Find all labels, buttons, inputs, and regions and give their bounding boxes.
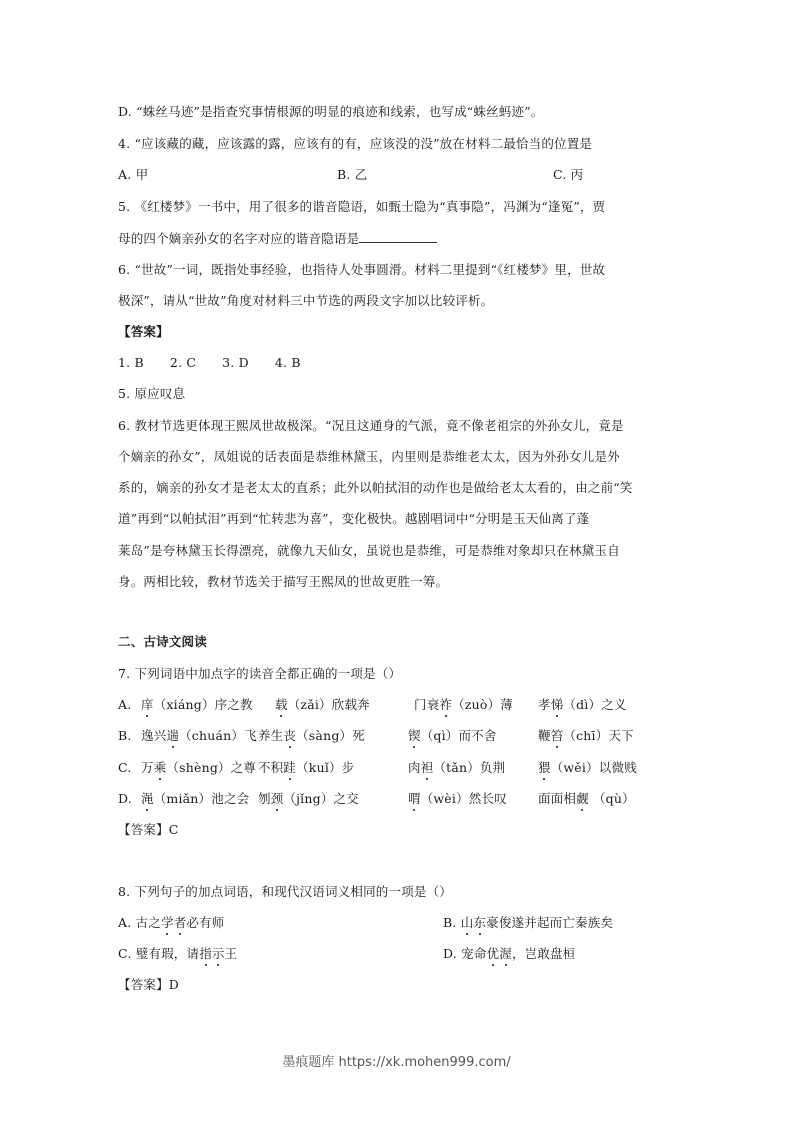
answer-6-line6: 身。两相比较，教材节选关于描写王熙凤的世故更胜一筹。 [118,574,448,590]
q7b-item3: 锲（qì）而不舍 [408,728,497,744]
q7a-item4: 孝悌（dì）之义 [538,697,627,713]
q3-option-d: D. “蛛丝马迹”是指查究事情根源的明显的痕迹和线索，也写成“蛛丝蚂迹”。 [118,104,544,120]
option-label: A. [118,697,131,712]
q5-line1: 5. 《红楼梦》一书中，用了很多的谐音隐语，如甄士隐为“真事隐”，冯渊为“逢冤”… [118,199,605,215]
mc-answers: 1. B2. C3. D4. B [118,355,301,371]
answer-2: 2. C [170,355,196,370]
q7c-item1: 万乘（shèng）之尊 [141,760,256,776]
q7c-item4: 猥（wěi）以微贱 [538,760,637,776]
q7-option-a: A. 庠（xiáng）序之教 载（zǎi）欣载奔 门衰祚（zuò）薄 孝悌（dì… [118,697,131,713]
q7-option-d: D. 渑（miǎn）池之会 刎颈（jǐng）之交 喟（wèi）然长叹 面面相觑 … [118,791,132,807]
q8-option-c: C. 璧有瑕，请指示王 [118,946,237,962]
answer-4: 4. B [275,355,301,370]
q7d-item4: 面面相觑 （qù） [538,791,635,807]
q5-line2: 母的四个嫡亲孙女的名字对应的谐音隐语是 [118,230,437,247]
q8-option-a: A. 古之学者必有师 [118,915,225,931]
answer-blank [359,230,437,243]
q7c-item2: 不积跬（kuǐ）步 [258,760,354,776]
q7c-item3: 肉袒（tǎn）负荆 [408,760,505,776]
answer-6-line5: 莱岛”是夸林黛玉长得漂亮，就像九天仙女，虽说也是恭维，可是恭维对象却只在林黛玉自 [118,543,620,559]
q7a-item3: 门衰祚（zuò）薄 [414,697,513,713]
q7a-item1: 庠（xiáng）序之教 [141,697,253,713]
answer-heading: 【答案】 [118,324,169,340]
q8-answer: 【答案】D [118,977,179,993]
q4-option-c: C. 丙 [553,167,583,183]
q7d-item1: 渑（miǎn）池之会 [141,791,249,807]
option-label: C. [118,760,132,775]
q6-line2: 极深”，请从“世故”角度对材料三中节选的两段文字加以比较评析。 [118,293,493,309]
answer-6-line2: 个嫡亲的孙女”，凤姐说的话表面是恭维林黛玉，内里则是恭维老太太，因为外孙女儿是外 [118,449,620,465]
q5-line2-text: 母的四个嫡亲孙女的名字对应的谐音隐语是 [118,231,359,246]
answer-5: 5. 原应叹息 [118,386,185,402]
q4-option-b: B. 乙 [337,167,367,183]
footer-watermark: 墨痕题库 https://xk.mohen999.com/ [0,1051,793,1070]
q7b-item1: 逸兴遄（chuán）飞 [141,728,257,744]
answer-6-line4: 道”再到“以帕拭泪”再到“忙转悲为喜”，变化极快。越剧唱词中“分明是玉天仙离了蓬 [118,511,589,527]
q7-option-b: B. 逸兴遄（chuán）飞 养生丧（sàng）死 锲（qì）而不舍 鞭笞（ch… [118,728,132,744]
q8-stem: 8. 下列句子的加点词语，和现代汉语词义相同的一项是（） [118,884,452,900]
q4-option-a: A. 甲 [118,167,148,183]
answer-1: 1. B [118,355,144,370]
q7-answer: 【答案】C [118,822,179,838]
section-title: 二、古诗文阅读 [118,634,207,650]
q7d-item2: 刎颈（jǐng）之交 [258,791,359,807]
q8-option-d: D. 宠命优渥，岂敢盘桓 [443,946,575,962]
q7b-item4: 鞭笞（chī）天下 [538,728,634,744]
q4-stem: 4. “应该藏的藏，应该露的露，应该有的有，应该没的没”放在材料二最恰当的位置是 [118,136,592,152]
q8-option-b: B. 山东豪俊遂并起而亡秦族矣 [443,915,613,931]
q6-line1: 6. “世故”一词，既指处事经验，也指待人处事圆滑。材料二里提到“《红楼梦》里，… [118,262,605,278]
q7d-item3: 喟（wèi）然长叹 [408,791,507,807]
option-label: B. [118,728,132,743]
q7b-item2: 养生丧（sàng）死 [258,728,365,744]
answer-6-line1: 6. 教材节选更体现王熙凤世故极深。“况且这通身的气派，竟不像老祖宗的外孙女儿，… [118,418,624,434]
option-label: D. [118,791,132,806]
q7-stem: 7. 下列词语中加点字的读音全都正确的一项是（） [118,666,401,682]
q7-option-c: C. 万乘（shèng）之尊 不积跬（kuǐ）步 肉袒（tǎn）负荆 猥（wěi… [118,760,132,776]
q7a-item2: 载（zǎi）欣载奔 [275,697,370,713]
answer-6-line3: 系的，嫡亲的孙女才是老太太的直系；此外以帕拭泪的动作也是做给老太太看的，由之前“… [118,480,633,496]
answer-3: 3. D [222,355,249,370]
